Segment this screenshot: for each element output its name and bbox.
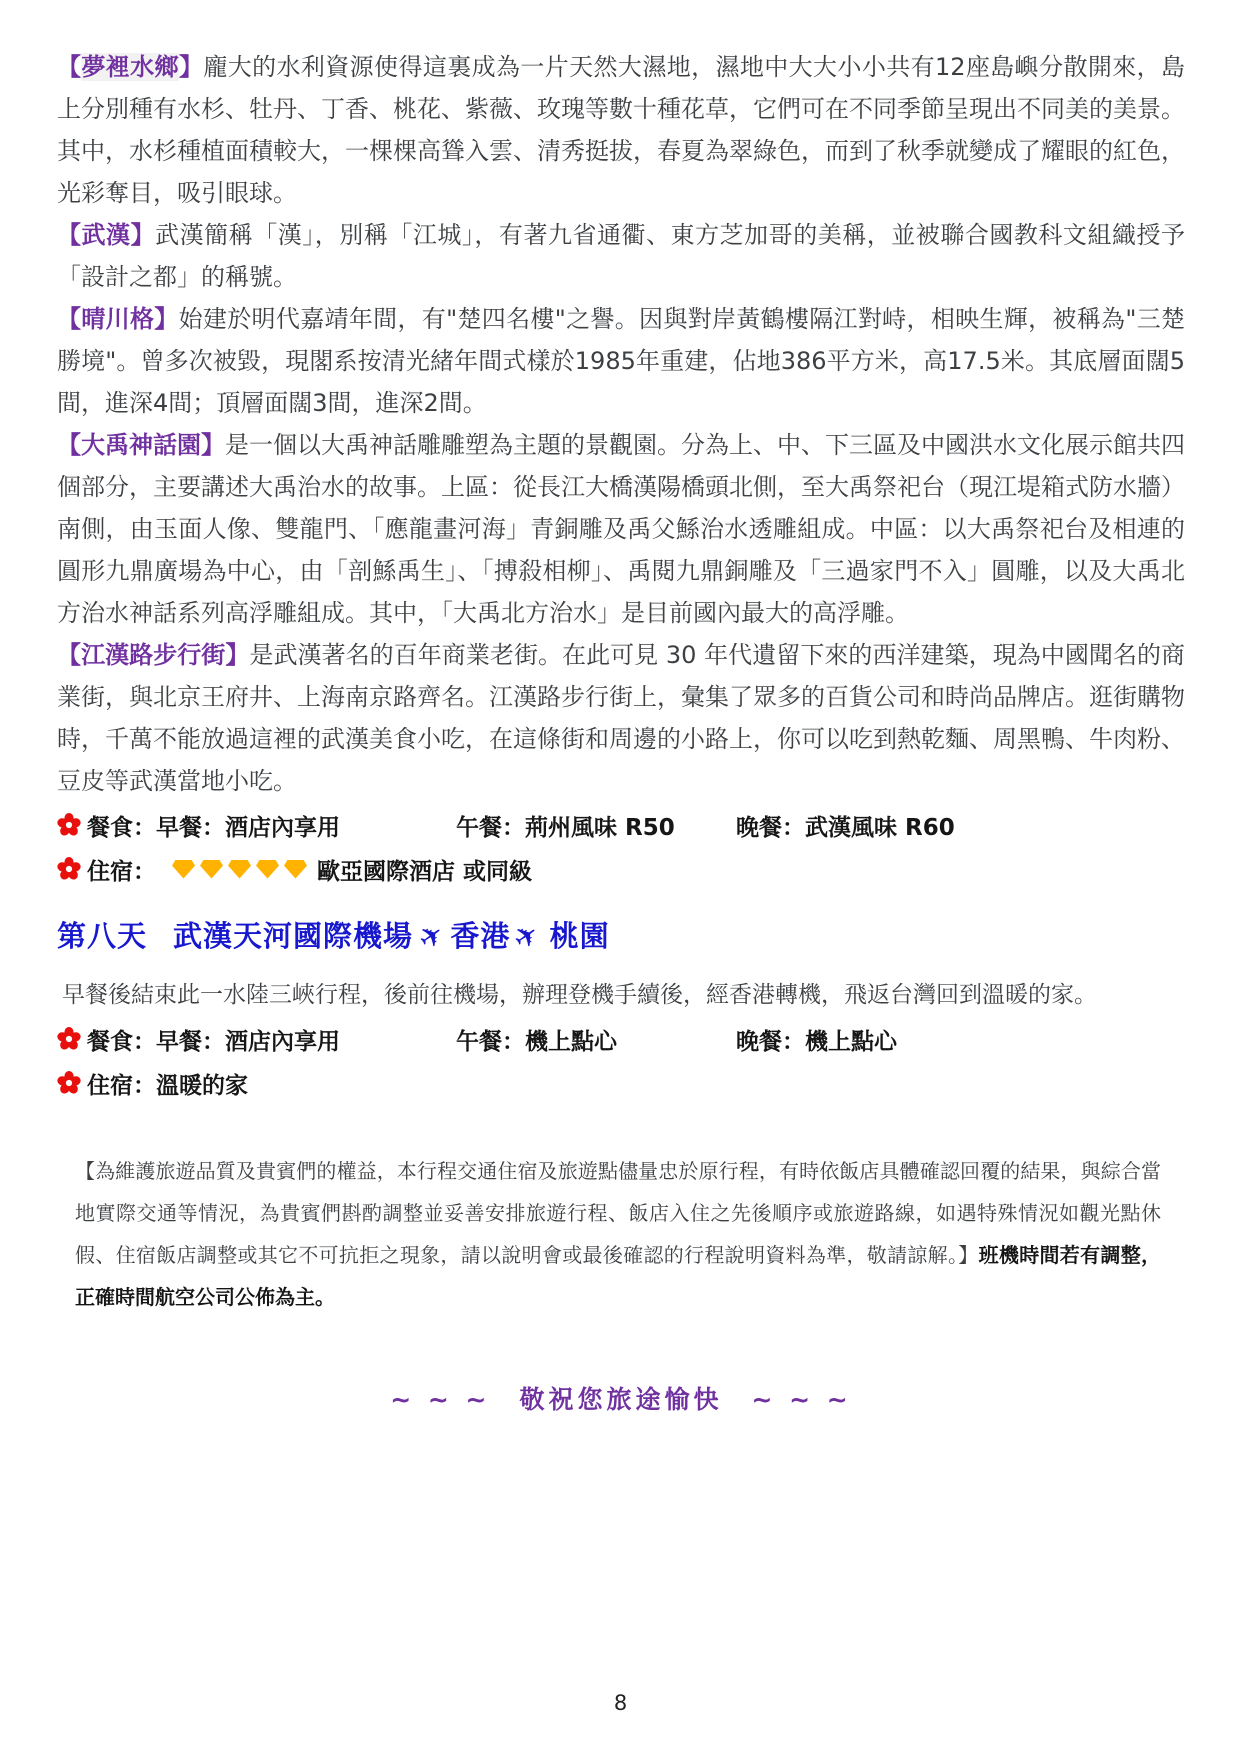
attraction-paragraph: 【晴川格】始建於明代嘉靖年間，有"楚四名樓"之譽。因與對岸黃鶴樓隔江對峙，相映生…: [57, 298, 1185, 424]
gem-icon: [256, 860, 279, 879]
attraction-title: 【武漢】: [57, 221, 155, 249]
airplane-icon: ✈: [505, 912, 549, 959]
day8-description: 早餐後結束此一水陸三峽行程，後前往機場，辦理登機手續後，經香港轉機，飛返台灣回到…: [57, 974, 1185, 1016]
attraction-text: 始建於明代嘉靖年間，有"楚四名樓"之譽。因與對岸黃鶴樓隔江對峙，相映生輝，被稱為…: [57, 305, 1185, 417]
dinner-text: 晚餐：機上點心: [736, 1023, 897, 1056]
lunch-text: 午餐：荊州風味 R50: [456, 809, 736, 842]
route-from: 武漢天河國際機場: [173, 919, 413, 953]
day8-hotel-row: 住宿： 溫暖的家: [57, 1062, 1185, 1104]
bracket-left: 【: [57, 221, 82, 249]
attraction-paragraph: 【武漢】武漢簡稱「漢」，別稱「江城」，有著九省通衢、東方芝加哥的美稱，並被聯合國…: [57, 214, 1185, 298]
attraction-text: 武漢簡稱「漢」，別稱「江城」，有著九省通衢、東方芝加哥的美稱，並被聯合國教科文組…: [57, 221, 1185, 291]
bracket-left: 【: [57, 305, 81, 333]
gem-icon: [172, 860, 195, 879]
attraction-title: 【夢裡水鄉】: [57, 53, 203, 81]
airplane-icon: ✈: [410, 912, 454, 959]
breakfast-text: 早餐：酒店內享用: [156, 1023, 456, 1056]
bracket-left: 【: [57, 53, 81, 81]
page-number: 8: [0, 1691, 1241, 1715]
attraction-paragraph: 【夢裡水鄉】龐大的水利資源使得這裏成為一片天然大濕地，濕地中大大小小共有12座島…: [57, 46, 1185, 214]
flower-icon: [57, 1027, 81, 1051]
day-label: 第八天: [57, 919, 147, 953]
attraction-title: 【大禹神話園】: [57, 431, 225, 459]
destination: 桃園: [550, 919, 610, 953]
bracket-right: 】: [179, 53, 203, 81]
day8-heading: 第八天武漢天河國際機場✈香港✈桃園: [57, 916, 1185, 956]
attraction-text: 是一個以大禹神話雕雕塑為主題的景觀園。分為上、中、下三區及中國洪水文化展示館共四…: [57, 431, 1185, 627]
hotel-name: 溫暖的家: [156, 1067, 248, 1100]
flower-icon: [57, 813, 81, 837]
attraction-paragraph: 【江漢路步行街】是武漢著名的百年商業老街。在此可見 30 年代遺留下來的西洋建築…: [57, 634, 1185, 802]
attraction-name: 大禹神話園: [81, 431, 201, 459]
destination: 香港: [450, 919, 510, 953]
meals-label: 餐食：: [87, 1023, 156, 1056]
attraction-title: 【江漢路步行街】: [57, 641, 249, 669]
hotel-star-rating: [172, 860, 307, 879]
hotel-label: 住宿：: [87, 853, 156, 886]
hotel-name: 歐亞國際酒店 或同級: [317, 853, 532, 886]
attraction-title: 【晴川格】: [57, 305, 179, 333]
gem-icon: [200, 860, 223, 879]
bracket-right: 】: [131, 221, 156, 249]
attraction-name: 武漢: [82, 221, 131, 249]
meals-label: 餐食：: [87, 809, 156, 842]
hotel-label: 住宿：: [87, 1067, 156, 1100]
day7-meals-row: 餐食： 早餐：酒店內享用 午餐：荊州風味 R50 晚餐：武漢風味 R60: [57, 804, 1185, 846]
day8-meals-row: 餐食： 早餐：酒店內享用 午餐：機上點心 晚餐：機上點心: [57, 1018, 1185, 1060]
bracket-left: 【: [57, 641, 81, 669]
dinner-text: 晚餐：武漢風味 R60: [736, 809, 955, 842]
attraction-text: 龐大的水利資源使得這裏成為一片天然大濕地，濕地中大大小小共有12座島嶼分散開來，…: [57, 53, 1185, 207]
document-page: 【夢裡水鄉】龐大的水利資源使得這裏成為一片天然大濕地，濕地中大大小小共有12座島…: [0, 0, 1241, 1418]
gem-icon: [284, 860, 307, 879]
breakfast-text: 早餐：酒店內享用: [156, 809, 456, 842]
gem-icon: [228, 860, 251, 879]
attraction-name: 江漢路步行街: [81, 641, 225, 669]
attraction-name: 晴川格: [81, 305, 154, 333]
bracket-left: 【: [57, 431, 81, 459]
day7-hotel-row: 住宿： 歐亞國際酒店 或同級: [57, 848, 1185, 890]
bracket-right: 】: [201, 431, 225, 459]
bracket-right: 】: [154, 305, 178, 333]
bracket-right: 】: [225, 641, 249, 669]
lunch-text: 午餐：機上點心: [456, 1023, 736, 1056]
attraction-name: 夢裡水鄉: [81, 53, 179, 81]
flower-icon: [57, 857, 81, 881]
disclaimer-note: 【為維護旅遊品質及貴賓們的權益，本行程交通住宿及旅遊點儘量忠於原行程，有時依飯店…: [75, 1150, 1161, 1318]
flower-icon: [57, 1071, 81, 1095]
attraction-paragraph: 【大禹神話園】是一個以大禹神話雕雕塑為主題的景觀園。分為上、中、下三區及中國洪水…: [57, 424, 1185, 634]
blessing-line: ~ ~ ~ 敬祝您旅途愉快 ~ ~ ~: [57, 1382, 1185, 1418]
